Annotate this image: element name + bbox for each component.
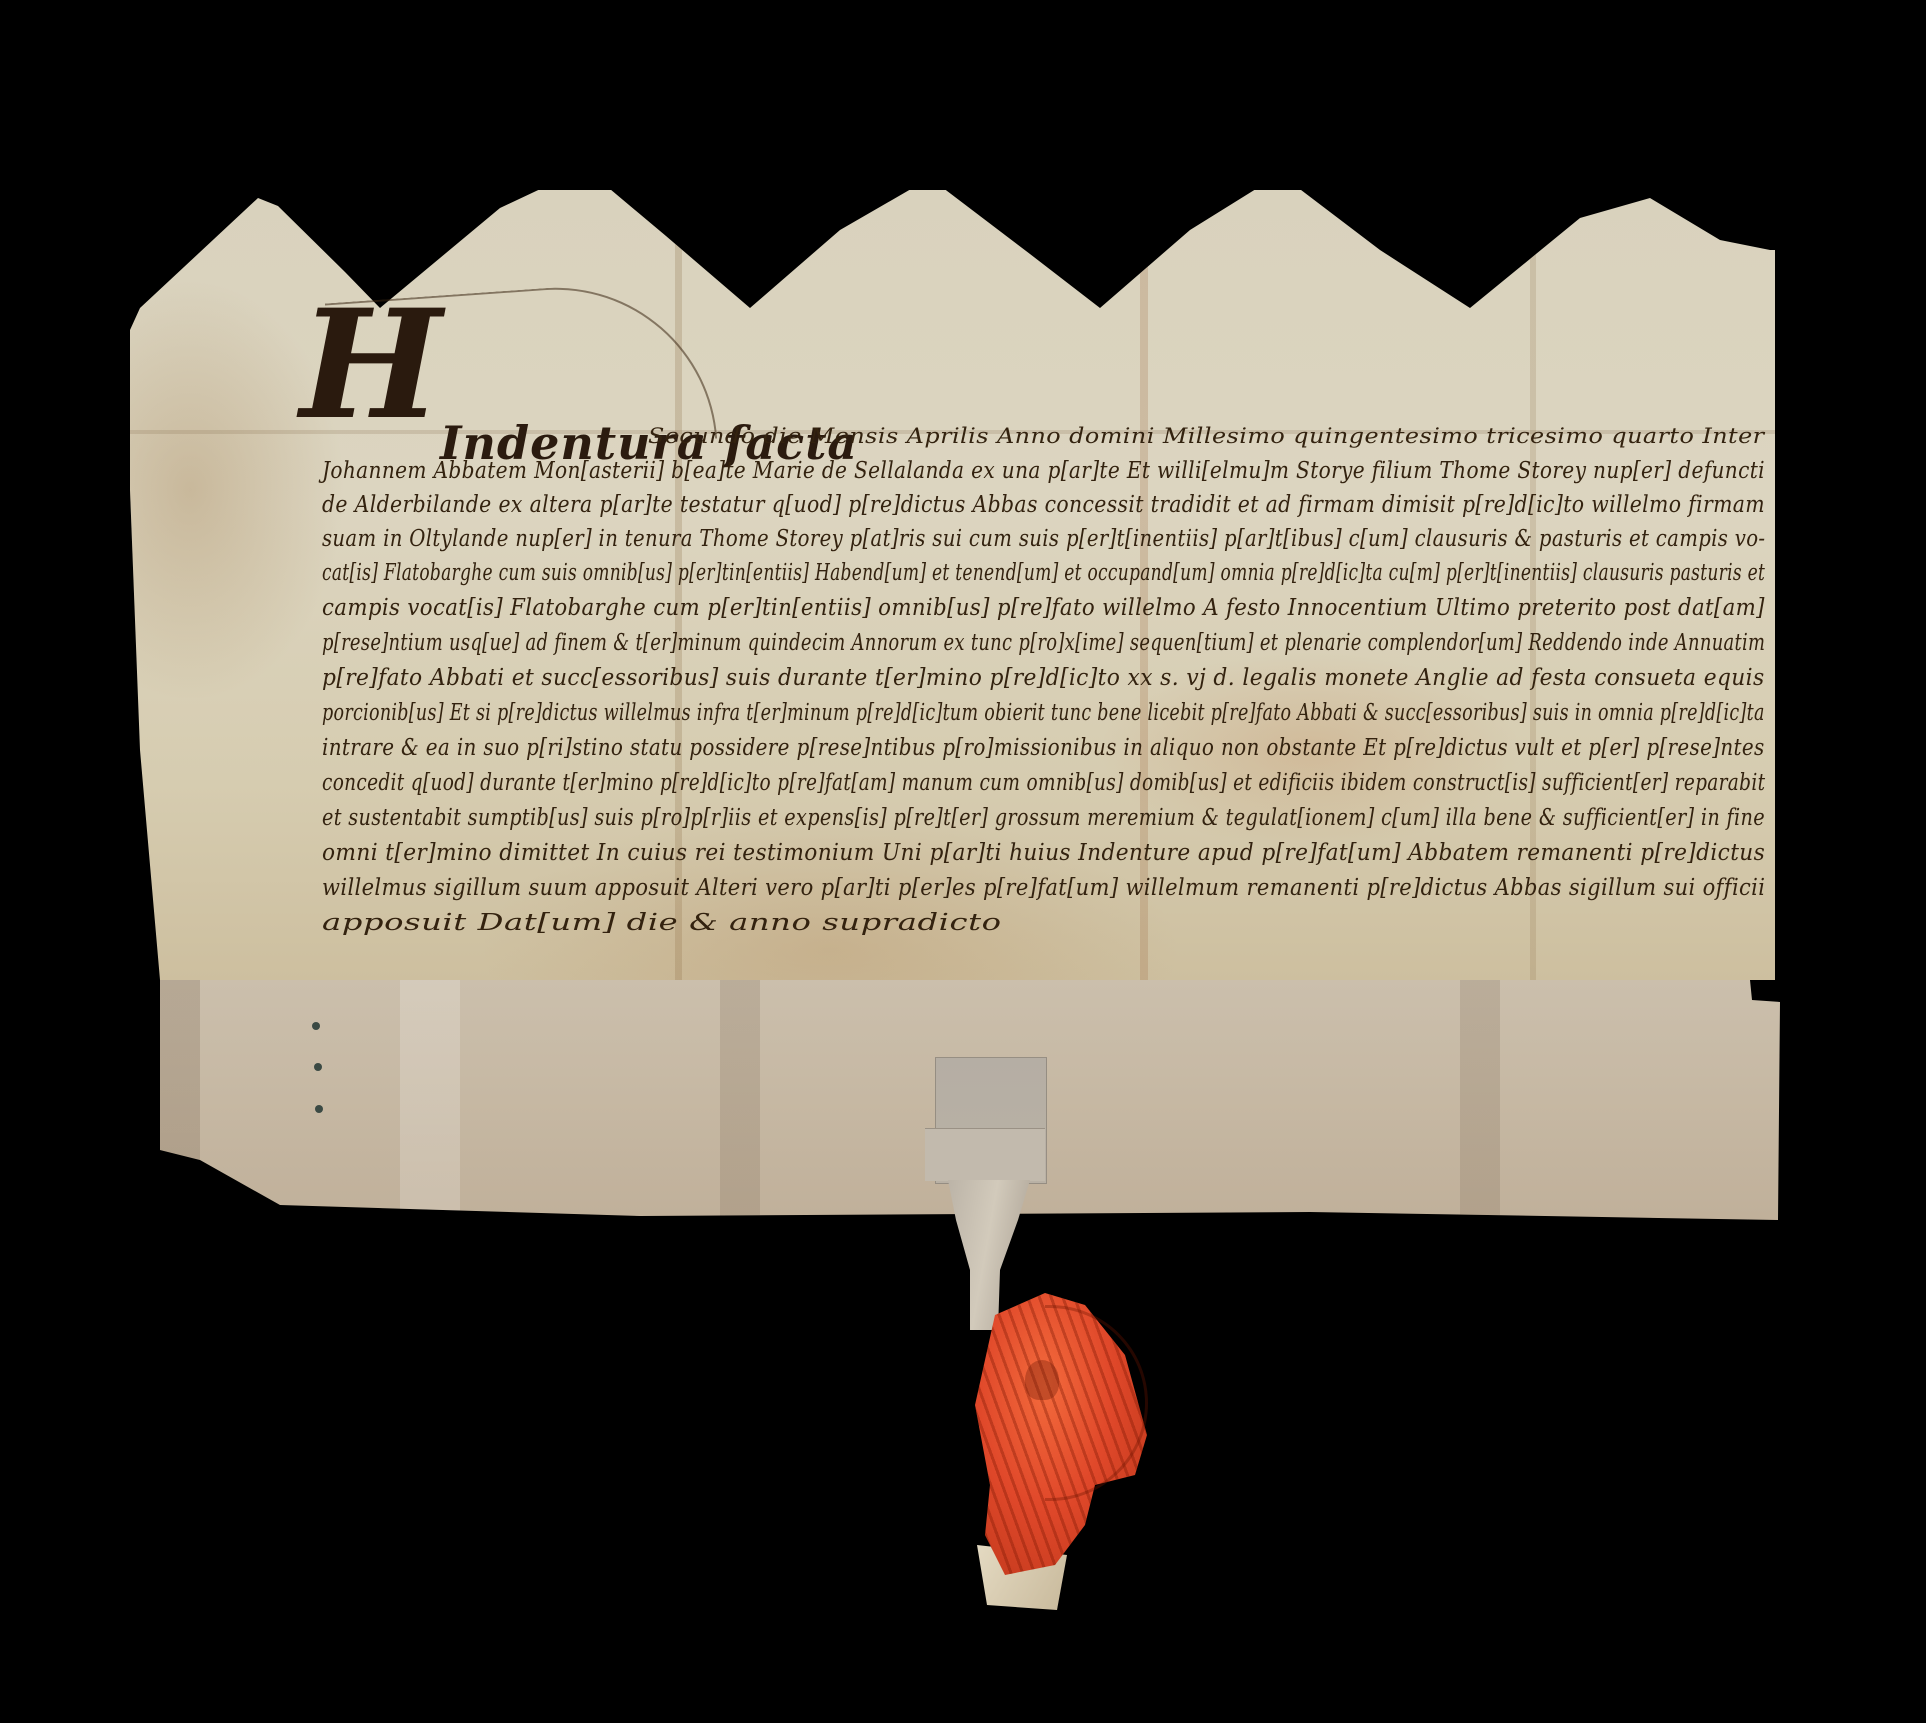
text-line: de Alderbilande ex altera p[ar]te testat…: [322, 492, 1765, 518]
text-line: et sustentabit sumptib[us] suis p[ro]p[r…: [322, 805, 1765, 831]
stitch-hole: [314, 1063, 322, 1071]
text-line: willelmus sigillum suum apposuit Alteri …: [322, 875, 1765, 901]
text-line: p[re]fato Abbati et succ[essoribus] suis…: [322, 665, 1765, 691]
text-line: omni t[er]mino dimittet In cuius rei tes…: [322, 840, 1765, 866]
stitch-hole: [312, 1022, 320, 1030]
stitch-hole: [315, 1105, 323, 1113]
text-line: concedit q[uod] durante t[er]mino p[re]d…: [322, 770, 1765, 796]
text-line: campis vocat[is] Flatobarghe cum p[er]ti…: [322, 595, 1765, 621]
seal-tag-band: [925, 1128, 1045, 1181]
text-line: Johannem Abbatem Mon[asterii] b[ea]te Ma…: [322, 458, 1765, 484]
seal-figure-icon: [1025, 1360, 1059, 1400]
text-line: porcionib[us] Et si p[re]dictus willelmu…: [322, 700, 1765, 726]
document-photo: H Indentura facta Secundo die Mensis Apr…: [0, 0, 1926, 1723]
text-line: intrare & ea in suo p[ri]stino statu pos…: [322, 735, 1765, 761]
text-line: p[rese]ntium usq[ue] ad finem & t[er]min…: [322, 630, 1765, 656]
text-line: cat[is] Flatobarghe cum suis omnib[us] p…: [322, 560, 1765, 586]
text-line: Secundo die Mensis Aprilis Anno domini M…: [648, 424, 1765, 448]
text-line: suam in Oltylande nup[er] in tenura Thom…: [322, 526, 1765, 552]
wax-seal: [975, 1285, 1150, 1575]
text-line: apposuit Dat[um] die & anno supradicto: [322, 910, 1002, 936]
decorated-initial: H: [300, 290, 436, 440]
